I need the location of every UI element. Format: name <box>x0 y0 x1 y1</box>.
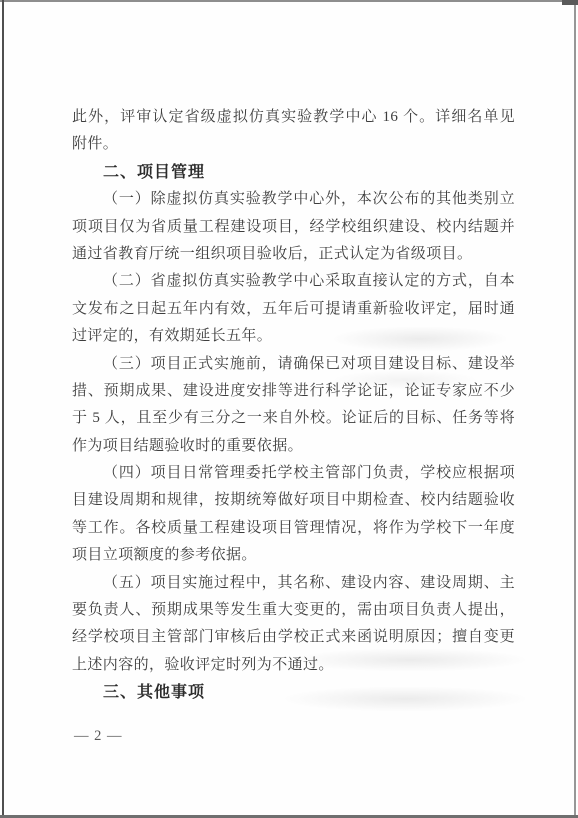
text-line: （四）项目日常管理委托学校主管部门负责，学校应根据项 <box>72 460 515 487</box>
scan-border-right <box>574 0 576 818</box>
scan-border-left <box>2 0 4 818</box>
text-line: 文发布之日起五年内有效，五年后可提请重新验收评定，届时通 <box>72 296 515 323</box>
text-line: 措、预期成果、建设进度安排等进行科学论证，论证专家应不少 <box>72 378 515 405</box>
section-heading: 三、其他事项 <box>72 679 515 706</box>
text-line: （一）除虚拟仿真实验教学中心外，本次公布的其他类别立 <box>72 186 515 213</box>
text-line: （二）省虚拟仿真实验教学中心采取直接认定的方式，自本 <box>72 268 515 295</box>
text-line: 等工作。各校质量工程建设项目管理情况，将作为学校下一年度 <box>72 515 515 542</box>
text-line: 通过省教育厅统一组织项目验收后，正式认定为省级项目。 <box>72 241 515 268</box>
scanned-document-page: 此外，评审认定省级虚拟仿真实验教学中心 16 个。详细名单见附件。二、项目管理（… <box>0 0 578 818</box>
text-block: 此外，评审认定省级虚拟仿真实验教学中心 16 个。详细名单见附件。二、项目管理（… <box>72 104 515 707</box>
text-line: 此外，评审认定省级虚拟仿真实验教学中心 16 个。详细名单见 <box>72 104 515 131</box>
text-line: 附件。 <box>72 131 515 158</box>
scan-corner-mark <box>562 0 578 5</box>
text-line: 上述内容的，验收评定时列为不通过。 <box>72 652 515 679</box>
text-line: 项项目仅为省质量工程建设项目，经学校组织建设、校内结题并 <box>72 214 515 241</box>
text-line: 项目立项额度的参考依据。 <box>72 542 515 569</box>
page-number: — 2 — <box>74 728 123 745</box>
text-line: 过评定的，有效期延长五年。 <box>72 323 515 350</box>
text-line: 作为项目结题验收时的重要依据。 <box>72 433 515 460</box>
text-line: （五）项目实施过程中，其名称、建设内容、建设周期、主 <box>72 570 515 597</box>
text-line: 于 5 人，且至少有三分之一来自外校。论证后的目标、任务等将 <box>72 405 515 432</box>
text-line: 要负责人、预期成果等发生重大变更的，需由项目负责人提出， <box>72 597 515 624</box>
text-line: 经学校项目主管部门审核后由学校正式来函说明原因；擅自变更 <box>72 624 515 651</box>
section-heading: 二、项目管理 <box>72 159 515 186</box>
text-line: （三）项目正式实施前，请确保已对项目建设目标、建设举 <box>72 351 515 378</box>
scan-border-top <box>0 0 578 2</box>
text-line: 目建设周期和规律，按期统筹做好项目中期检查、校内结题验收 <box>72 487 515 514</box>
